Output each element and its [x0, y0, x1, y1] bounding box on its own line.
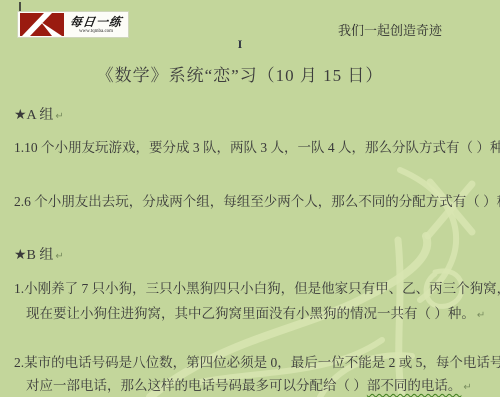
paragraph-mark: ↵ [55, 111, 63, 122]
question-b1-line2: 现在要让小狗住进狗窝，其中乙狗窝里面没有小黑狗的情况一共有（ ）种。↵ [26, 302, 485, 322]
question-b2-line1: 2.某市的电话号码是八位数，第四位必须是 0，最后一位不能是 2 或 5，每个电… [14, 351, 500, 371]
section-b-label-text: ★B 组 [14, 248, 53, 263]
section-a-label: ★A 组↵ [14, 104, 64, 124]
brand-name: 每日一练 [63, 16, 129, 28]
question-b2-line2-text: 对应一部电话，那么这样的电话号码最多可以分配给（ ） [26, 378, 367, 393]
paragraph-mark: ↵ [463, 382, 471, 393]
brand-logo-text: 每日一练 www.tqmba.com [64, 16, 128, 34]
question-b1-line1: 1.小刚养了 7 只小狗，三只小黑狗四只小白狗，但是他家只有甲、乙、丙三个狗窝， [14, 277, 500, 297]
question-a1-text: 1.10 个小朋友玩游戏，要分成 3 队，两队 3 人，一队 4 人，那么分队方… [14, 140, 500, 155]
paragraph-mark: ↵ [477, 310, 485, 321]
brand-logo: 每日一练 www.tqmba.com [17, 11, 129, 38]
section-b-label: ★B 组↵ [14, 244, 64, 264]
page-marker: I [0, 37, 480, 52]
section-a-label-text: ★A 组 [14, 108, 53, 123]
page-title: 《数学》系统“恋”习（10 月 15 日） [0, 61, 480, 86]
brand-url: www.tqmba.com [64, 29, 128, 34]
worksheet-page: 每日一练 www.tqmba.com 我们一起创造奇迹 I 《数学》系统“恋”习… [0, 0, 500, 397]
brand-logo-icon [20, 13, 64, 36]
question-b1-line2-text: 现在要让小狗住进狗窝，其中乙狗窝里面没有小黑狗的情况一共有（ ）种。 [26, 306, 475, 321]
spellcheck-underlined-text: 部不同的电话。 [367, 378, 462, 393]
question-a2-text: 2.6 个小朋友出去玩，分成两个组，每组至少两个人，那么不同的分配方式有（ ）种… [14, 194, 500, 209]
paragraph-mark: ↵ [55, 251, 63, 262]
question-a2: 2.6 个小朋友出去玩，分成两个组，每组至少两个人，那么不同的分配方式有（ ）种… [14, 190, 500, 210]
question-b2-line2: 对应一部电话，那么这样的电话号码最多可以分配给（ ）部不同的电话。↵ [26, 374, 472, 394]
question-a1: 1.10 个小朋友玩游戏，要分成 3 队，两队 3 人，一队 4 人，那么分队方… [14, 136, 500, 156]
